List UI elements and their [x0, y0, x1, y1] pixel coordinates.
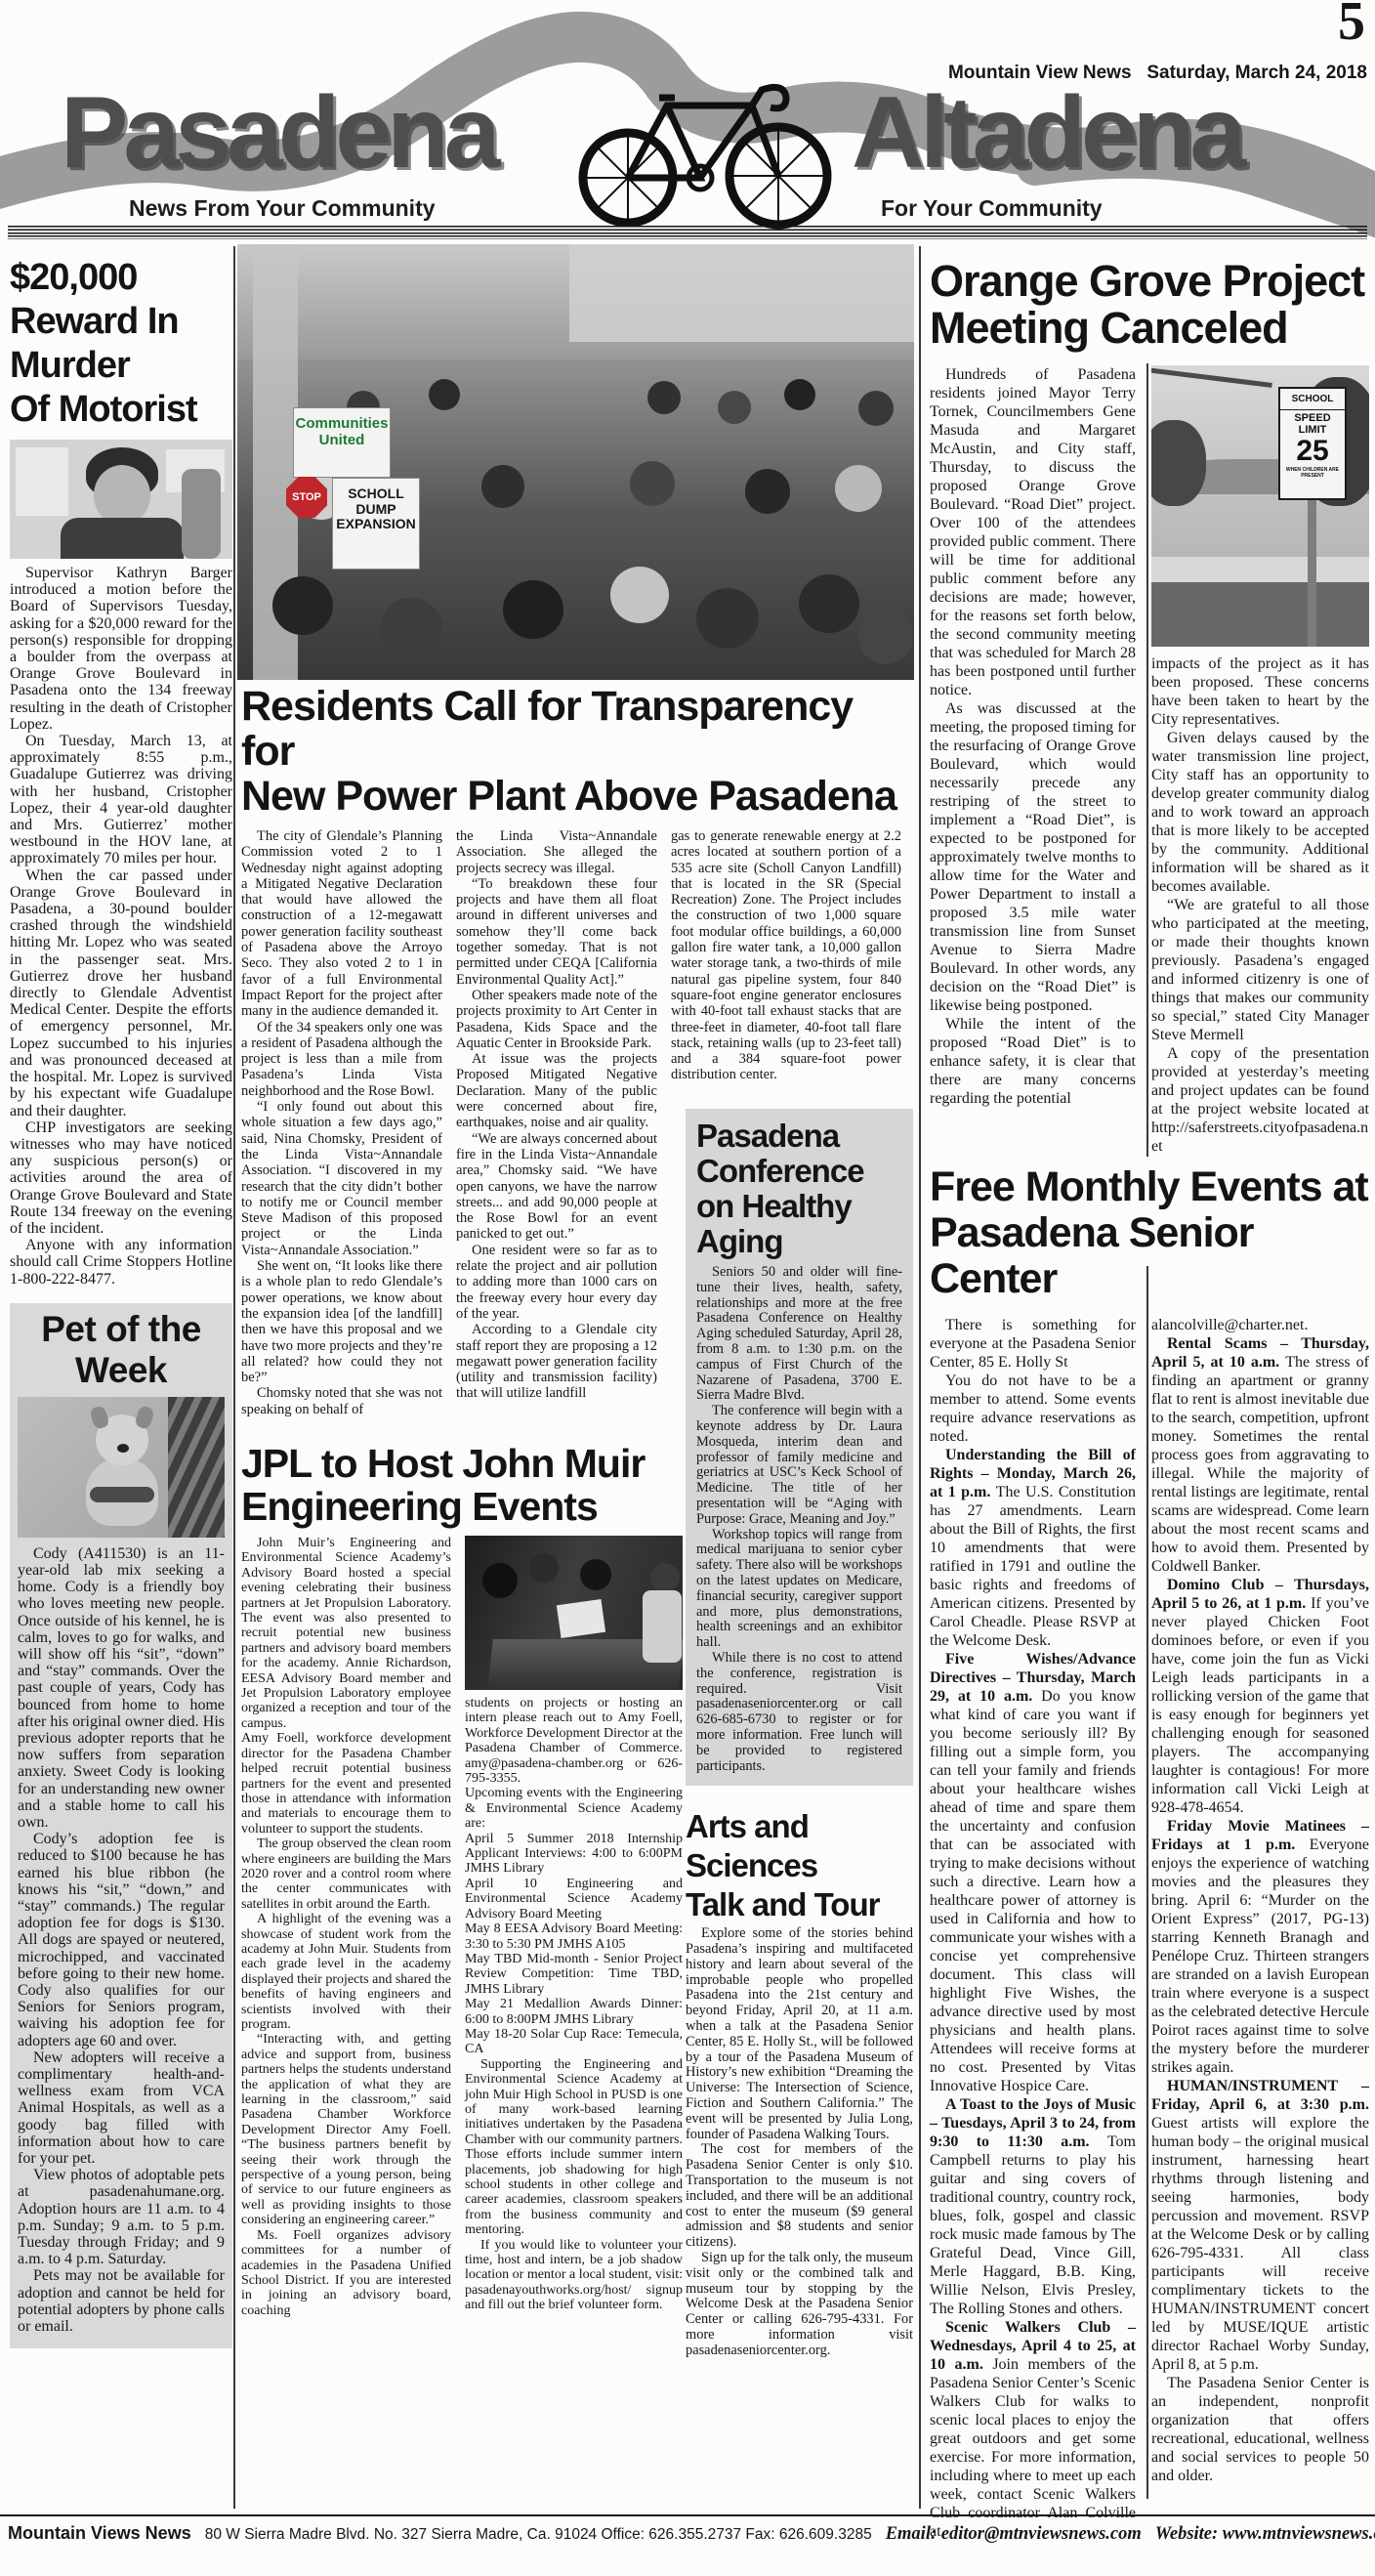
paragraph: the Linda Vista~Annandale Association. S…: [456, 828, 657, 876]
page-number: 5: [1338, 0, 1365, 53]
paragraph: HUMAN/INSTRUMENT – Friday, April 6, at 3…: [1151, 2077, 1369, 2374]
dog-ear: [134, 1405, 155, 1430]
senior-center-article: Free Monthly Events atPasadena Senior Ce…: [930, 1164, 1369, 2541]
meeting-photo: CommunitiesUnited STOP SCHOLLDUMPEXPANSI…: [237, 244, 914, 680]
residents-headline: Residents Call for Transparency forNew P…: [241, 684, 915, 819]
paragraph: Of the 34 speakers only one was a reside…: [241, 1020, 442, 1099]
person-head: [429, 379, 460, 410]
paragraph: Pets may not be available for adoption a…: [18, 2267, 225, 2335]
paragraph: April 5 Summer 2018 Internship Applicant…: [465, 1832, 683, 1877]
pet-of-the-week-box: Pet of theWeek Cody (A411530) is an 11-y…: [10, 1303, 232, 2349]
footer-website-label: Website:: [1155, 2524, 1218, 2544]
paragraph: Domino Club – Thursdays, April 5 to 26, …: [1151, 1576, 1369, 1817]
photo-wall: [1151, 557, 1369, 582]
paragraph: Understanding the Bill of Rights – Monda…: [930, 1446, 1136, 1650]
pet-body: Cody (A411530) is an 11-year-old lab mix…: [18, 1545, 225, 2336]
headline-line: Orange Grove Project: [930, 258, 1369, 305]
conference-article: PasadenaConferenceon HealthyAging Senior…: [686, 1109, 913, 1786]
paragraph: There is something for everyone at the P…: [930, 1316, 1136, 1372]
paragraph: United: [294, 433, 390, 449]
paragraph: She went on, “It looks like there is a w…: [241, 1258, 442, 1385]
reward-body: Supervisor Kathryn Barger introduced a m…: [10, 565, 232, 1288]
headline-line: New Power Plant Above Pasadena: [241, 774, 915, 819]
headline-line: Week: [18, 1350, 225, 1391]
headline-line: Engineering Events: [241, 1485, 683, 1528]
footer-address: 80 W Sierra Madre Blvd. No. 327 Sierra M…: [205, 2526, 872, 2544]
orange-headline: Orange Grove ProjectMeeting Canceled: [930, 258, 1369, 352]
paragraph: CHP investigators are seeking witnesses …: [10, 1119, 232, 1237]
headline-line: Arts and: [686, 1809, 913, 1844]
arts-body: Explore some of the stories behind Pasad…: [686, 1926, 913, 2358]
paragraph: Communities: [294, 416, 390, 433]
person-body: [61, 518, 184, 559]
paragraph: gas to generate renewable energy at 2.2 …: [671, 828, 901, 1083]
paragraph: SCHOLL: [333, 486, 419, 502]
school-plaque: SCHOOL: [1280, 390, 1345, 410]
person-head: [784, 379, 815, 410]
paragraph: May 21 Medallion Awards Dinner: 6:00 to …: [465, 1997, 683, 2027]
dog-nose: [117, 1444, 129, 1453]
paragraph: At issue was the projects Proposed Mitig…: [456, 1051, 657, 1130]
headline-line: Talk and Tour: [686, 1887, 913, 1922]
residents-col1: The city of Glendale’s Planning Commissi…: [241, 828, 442, 1417]
paragraph: “To breakdown these four projects and ha…: [456, 876, 657, 988]
paragraph: Upcoming events with the Engineering & E…: [465, 1786, 683, 1831]
senior-col1: There is something for everyone at the P…: [930, 1316, 1136, 2541]
header-rule: [8, 226, 1367, 239]
jpl-col2-text: students on projects or hosting an inter…: [465, 1696, 683, 2313]
paragraph: Amy Foell, workforce development directo…: [241, 1731, 451, 1837]
paragraph: The city of Glendale’s Planning Commissi…: [241, 828, 442, 1020]
paragraph: The Pasadena Senior Center is an indepen…: [1151, 2374, 1369, 2485]
paragraph: The group observed the clean room where …: [241, 1837, 451, 1912]
paragraph: When the car passed under Orange Grove B…: [10, 867, 232, 1119]
orange-col2-text: impacts of the project as it has been pr…: [1151, 655, 1369, 1156]
footer-rule: [0, 2514, 1375, 2516]
conference-headline: PasadenaConferenceon HealthyAging: [696, 1119, 902, 1259]
paragraph: Given delays caused by the water transmi…: [1151, 729, 1369, 896]
column-rule-left: [233, 246, 235, 2509]
paragraph: alancolville@charter.net.: [1151, 1316, 1369, 1334]
paragraph: As was discussed at the meeting, the pro…: [930, 699, 1136, 1015]
paragraph: EXPANSION: [333, 517, 419, 532]
person-head: [380, 598, 442, 658]
residents-col2: the Linda Vista~Annandale Association. S…: [456, 828, 657, 1417]
paragraph: New adopters will receive a complimentar…: [18, 2049, 225, 2167]
person-face: [94, 465, 150, 526]
dog-photo: [18, 1397, 225, 1538]
sign-subtext: WHEN CHILDREN ARE PRESENT: [1280, 467, 1345, 479]
person-head: [858, 391, 894, 426]
person-head: [272, 576, 333, 635]
orange-grove-article: Orange Grove ProjectMeeting Canceled Hun…: [930, 258, 1369, 1156]
sign-pole: [1308, 490, 1316, 647]
headline-line: JPL to Host John Muir: [241, 1442, 683, 1485]
paragraph: One resident were so far as to relate th…: [456, 1243, 657, 1322]
photo-poster: [16, 447, 68, 516]
paragraph: May 18-20 Solar Cup Race: Temecula, CA: [465, 2027, 683, 2057]
headline-line: $20,000: [10, 256, 232, 300]
person-head: [630, 461, 675, 506]
headline-line: Pasadena Senior Center: [930, 1210, 1369, 1302]
scholl-dump-expansion-sign: SCHOLLDUMPEXPANSION: [333, 479, 419, 569]
reward-headline: $20,000Reward InMurderOf Motorist: [10, 256, 232, 432]
footer-website-value: www.mtnviewsnews.com: [1223, 2524, 1375, 2544]
paragraph: “I only found out about this whole situa…: [241, 1099, 442, 1258]
footer-website: Website: www.mtnviewsnews.com: [1155, 2524, 1375, 2545]
person-head: [647, 381, 681, 414]
arts-article: Arts andSciencesTalk and Tour Explore so…: [686, 1809, 913, 2358]
headline-line: Sciences: [686, 1848, 913, 1883]
paragraph: Scenic Walkers Club – Wednesdays, April …: [930, 2318, 1136, 2541]
dateline: Mountain View News Saturday, March 24, 2…: [948, 63, 1367, 84]
jpl-col2: students on projects or hosting an inter…: [465, 1536, 683, 2318]
senior-headline: Free Monthly Events atPasadena Senior Ce…: [930, 1164, 1369, 1302]
person-head: [858, 608, 913, 664]
headline-line: Conference: [696, 1154, 902, 1189]
headline-line: Reward In: [10, 300, 232, 344]
paragraph: Chomsky noted that she was not speaking …: [241, 1385, 442, 1417]
person-head: [529, 1553, 559, 1583]
person-head: [718, 391, 751, 424]
sign-text: SCHOLLDUMPEXPANSION: [333, 486, 419, 532]
headline-line: Free Monthly Events at: [930, 1164, 1369, 1210]
paragraph: According to a Glendale city staff repor…: [456, 1322, 657, 1401]
speed-limit-sign: SCHOOL SPEED LIMIT 25 WHEN CHILDREN ARE …: [1278, 387, 1347, 500]
paragraph: Explore some of the stories behind Pasad…: [686, 1926, 913, 2142]
victim-photo: [10, 440, 232, 559]
person-head: [580, 1559, 611, 1590]
conference-body: Seniors 50 and older will fine-tune thei…: [696, 1265, 902, 1774]
footer-email-value: editor@mtnviewsnews.com: [941, 2524, 1142, 2544]
paragraph: If you would like to volunteer your time…: [465, 2238, 683, 2313]
paragraph: students on projects or hosting an inter…: [465, 1696, 683, 1786]
person-head-grayhair: [835, 465, 882, 512]
middle-strip: PasadenaConferenceon HealthyAging Senior…: [686, 1109, 913, 2359]
footer-email: Email: editor@mtnviewsnews.com: [886, 2524, 1142, 2545]
paragraph: On Tuesday, March 13, at approximately 8…: [10, 733, 232, 867]
jpl-col1: John Muir’s Engineering and Environmenta…: [241, 1536, 451, 2318]
paragraph: Workshop topics will range from medical …: [696, 1528, 902, 1651]
person-head: [482, 1563, 518, 1598]
headline-line: Meeting Canceled: [930, 305, 1369, 352]
paragraph: While there is no cost to attend the con…: [696, 1651, 902, 1774]
person-head: [503, 580, 563, 639]
paragraph: A highlight of the evening was a showcas…: [241, 1912, 451, 2032]
paragraph: Supporting the Engineering and Environme…: [465, 2057, 683, 2238]
orange-col1: Hundreds of Pasadena residents joined Ma…: [930, 365, 1136, 1156]
paragraph: Rental Scams – Thursday, April 5, at 10 …: [1151, 1334, 1369, 1576]
tagline-right: For Your Community: [881, 195, 1103, 222]
newspaper-page: 5 Mountain View News Saturday, March 24,…: [0, 0, 1375, 2576]
paragraph: Hundreds of Pasadena residents joined Ma…: [930, 365, 1136, 699]
background-figure: [182, 469, 221, 559]
person-white-shirt: [643, 1590, 682, 1663]
pet-headline: Pet of theWeek: [18, 1309, 225, 1391]
paragraph: Five Wishes/Advance Directives – Thursda…: [930, 1650, 1136, 2095]
masthead-altadena: Altadena: [852, 82, 1241, 184]
paragraph: Sign up for the talk only, the museum vi…: [686, 2251, 913, 2359]
headline-line: Aging: [696, 1224, 902, 1259]
photo-streetlamp: [1151, 367, 1272, 388]
person-head: [696, 588, 759, 649]
person-head: [799, 574, 859, 633]
paragraph: Supervisor Kathryn Barger introduced a m…: [10, 565, 232, 733]
paragraph: “Interacting with, and getting advice an…: [241, 2032, 451, 2227]
arts-headline: Arts andSciencesTalk and Tour: [686, 1809, 913, 1922]
paragraph: A Toast to the Joys of Music – Tuesdays,…: [930, 2095, 1136, 2318]
paragraph: You do not have to be a member to attend…: [930, 1372, 1136, 1446]
photo-tree: [1151, 420, 1206, 506]
paragraph: DUMP: [333, 502, 419, 518]
paragraph: April 10 Engineering and Environmental S…: [465, 1877, 683, 1921]
speed-word: SPEED: [1280, 412, 1345, 424]
person-head: [650, 1563, 680, 1592]
jpl-article: JPL to Host John MuirEngineering Events …: [241, 1442, 683, 2318]
headline-line: Murder: [10, 344, 232, 388]
sign-text: CommunitiesUnited: [294, 416, 390, 449]
column-rule-center: [919, 246, 921, 2509]
tagline-left: News From Your Community: [129, 195, 436, 222]
paragraph: impacts of the project as it has been pr…: [1151, 655, 1369, 729]
paragraph: While the intent of the proposed “Road D…: [930, 1015, 1136, 1108]
paragraph: Ms. Foell organizes advisory committees …: [241, 2228, 451, 2318]
paragraph: Seniors 50 and older will fine-tune thei…: [696, 1265, 902, 1404]
person-head-grayhair: [610, 567, 669, 623]
paragraph: Friday Movie Matinees – Fridays at 1 p.m…: [1151, 1817, 1369, 2077]
paragraph: “We are grateful to all those who partic…: [1151, 896, 1369, 1044]
headline-line: Pasadena: [696, 1119, 902, 1154]
headline-line: Of Motorist: [10, 388, 232, 432]
school-sign-photo: SCHOOL SPEED LIMIT 25 WHEN CHILDREN ARE …: [1151, 365, 1369, 647]
senior-col2: alancolville@charter.net.Rental Scams – …: [1151, 1316, 1369, 2541]
left-column: $20,000Reward InMurderOf Motorist Superv…: [10, 256, 232, 2348]
speed-value: 25: [1280, 437, 1345, 466]
paragraph: Cody (A411530) is an 11-year-old lab mix…: [18, 1545, 225, 1831]
footer-paper-name: Mountain Views News: [8, 2523, 191, 2544]
person-head: [745, 469, 790, 514]
photo-wall-bright: [569, 244, 914, 342]
paragraph: The conference will begin with a keynote…: [696, 1404, 902, 1527]
paragraph: May 8 EESA Advisory Board Meeting: 3:30 …: [465, 1921, 683, 1952]
footer-email-label: Email:: [886, 2524, 937, 2544]
jpl-headline: JPL to Host John MuirEngineering Events: [241, 1442, 683, 1528]
paragraph: A copy of the presentation provided at y…: [1151, 1044, 1369, 1156]
paragraph: John Muir’s Engineering and Environmenta…: [241, 1536, 451, 1731]
person-head: [481, 465, 524, 508]
headline-line: Pet of the: [18, 1309, 225, 1350]
communities-united-sign: CommunitiesUnited: [294, 408, 390, 477]
paragraph: Cody’s adoption fee is reduced to $100 b…: [18, 1831, 225, 2049]
headline-line: on Healthy: [696, 1189, 902, 1224]
paragraph: Other speakers made note of the projects…: [456, 988, 657, 1051]
paragraph: “We are always concerned about fire in t…: [456, 1131, 657, 1243]
headline-line: Residents Call for Transparency for: [241, 684, 915, 774]
paragraph: The cost for members of the Pasadena Sen…: [686, 2142, 913, 2251]
dog-harness: [90, 1487, 154, 1502]
bench: [168, 1397, 225, 1538]
paragraph: View photos of adoptable pets at pasaden…: [18, 2167, 225, 2267]
jpl-event-photo: [465, 1536, 683, 1690]
bicycle-icon: [552, 68, 856, 232]
photo-ground: [1151, 582, 1369, 647]
photo-papers: [557, 1599, 605, 1638]
footer: Mountain Views News 80 W Sierra Madre Bl…: [8, 2523, 1369, 2545]
masthead-pasadena: Pasadena: [61, 82, 496, 184]
paragraph: Anyone with any information should call …: [10, 1237, 232, 1288]
paragraph: May TBD Mid-month - Senior Project Revie…: [465, 1952, 683, 1997]
orange-col2: SCHOOL SPEED LIMIT 25 WHEN CHILDREN ARE …: [1151, 365, 1369, 1156]
